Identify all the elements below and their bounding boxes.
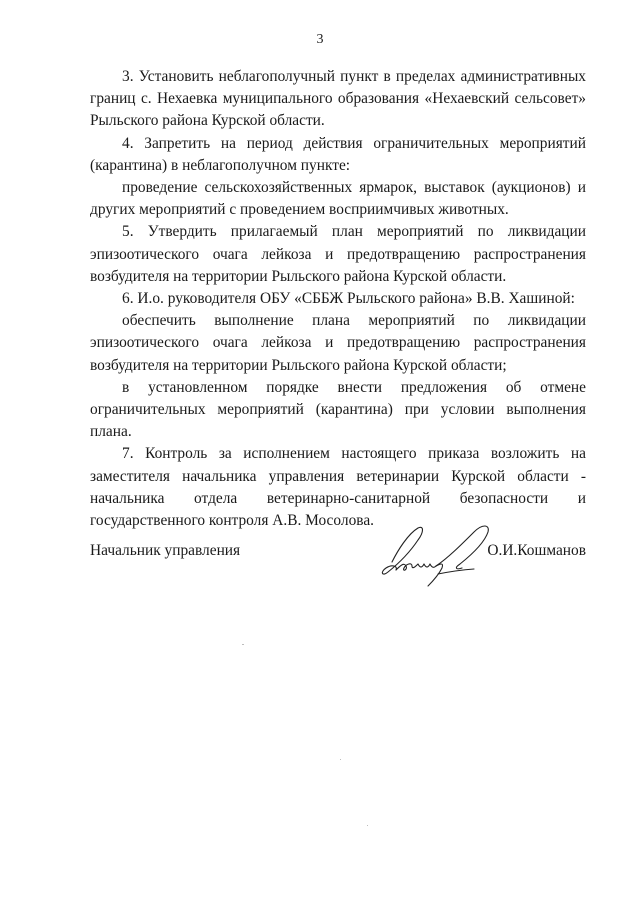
scan-speck [367, 825, 368, 826]
paragraph-item-6: 6. И.о. руководителя ОБУ «СББЖ Рыльского… [90, 288, 586, 310]
signatory-title: Начальник управления [90, 540, 240, 562]
paragraph-item-4-subitem: проведение сельскохозяйственных ярмарок,… [90, 177, 586, 221]
scan-speck [242, 644, 244, 645]
document-body: 3. Установить неблагополучный пункт в пр… [90, 66, 586, 532]
paragraph-item-4: 4. Запретить на период действия ограничи… [90, 133, 586, 177]
paragraph-item-6-subitem-2: в установленном порядке внести предложен… [90, 377, 586, 444]
handwritten-signature-icon [378, 522, 518, 588]
paragraph-item-5: 5. Утвердить прилагаемый план мероприяти… [90, 221, 586, 288]
paragraph-item-3: 3. Установить неблагополучный пункт в пр… [90, 66, 586, 133]
scan-speck [340, 759, 341, 760]
paragraph-item-7: 7. Контроль за исполнением настоящего пр… [90, 443, 586, 532]
page-number: 3 [0, 32, 640, 48]
paragraph-item-6-subitem-1: обеспечить выполнение плана мероприятий … [90, 310, 586, 377]
